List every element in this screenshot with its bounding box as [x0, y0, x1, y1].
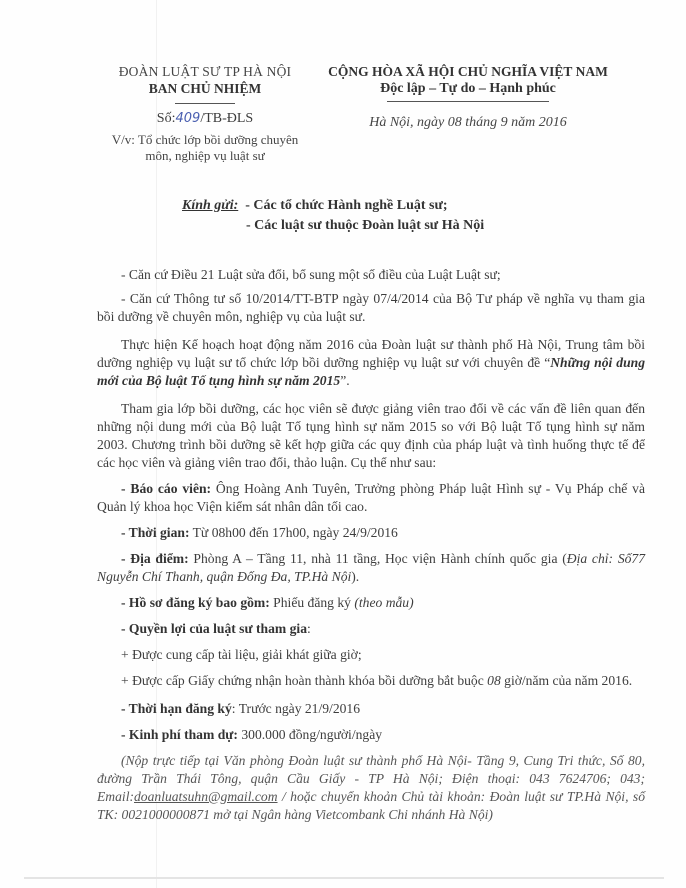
email-link[interactable]: doanluatsuhn@gmail.com: [134, 789, 278, 804]
deadline-value: : Trước ngày 21/9/2016: [232, 701, 360, 716]
benefit-2-end: giờ/năm của năm 2016.: [501, 673, 632, 688]
subject-line-2: môn, nghiệp vụ luật sư: [100, 148, 310, 164]
benefits-label: - Quyền lợi của luật sư tham gia: [121, 621, 307, 636]
header-divider: [175, 103, 235, 104]
fee-item: - Kinh phí tham dự: 300.000 đồng/người/n…: [97, 726, 645, 744]
basis-1: - Căn cứ Điều 21 Luật sửa đổi, bổ sung m…: [97, 266, 645, 284]
recipient-item: - Các tổ chức Hành nghề Luật sư;: [245, 198, 447, 213]
document-number: Số:409/TB-ĐLS: [100, 110, 310, 127]
motto-divider: [387, 101, 549, 102]
venue-value: Phòng A – Tầng 11, nhà 11 tầng, Học viện…: [189, 551, 567, 566]
deadline-item: - Thời hạn đăng ký: Trước ngày 21/9/2016: [97, 700, 645, 718]
number-prefix: Số:: [157, 111, 176, 126]
handwritten-number: 409: [175, 111, 200, 126]
time-item: - Thời gian: Từ 08h00 đến 17h00, ngày 24…: [97, 524, 645, 542]
scan-bottom-edge: [24, 877, 664, 879]
document-page: ĐOÀN LUẬT SƯ TP HÀ NỘI BAN CHỦ NHIỆM Số:…: [0, 0, 686, 888]
venue-end: ).: [351, 569, 359, 584]
benefit-2-hours: 08: [487, 673, 501, 688]
participation-paragraph: Tham gia lớp bồi dưỡng, các học viên sẽ …: [97, 400, 645, 472]
dossier-note: (theo mẫu): [354, 595, 413, 610]
fee-label: - Kinh phí tham dự:: [121, 727, 238, 742]
national-motto: Độc lập – Tự do – Hạnh phúc: [318, 80, 618, 97]
benefits-colon: :: [307, 621, 311, 636]
place-date: Hà Nội, ngày 08 tháng 9 năm 2016: [318, 115, 618, 131]
nation-title: CỘNG HÒA XÃ HỘI CHỦ NGHĨA VIỆT NAM: [318, 63, 618, 80]
national-header: CỘNG HÒA XÃ HỘI CHỦ NGHĨA VIỆT NAM Độc l…: [318, 63, 618, 131]
recipient-line-2: - Các luật sư thuộc Đoàn luật sư Hà Nội: [182, 216, 484, 236]
subject: V/v: Tổ chức lớp bồi dưỡng chuyên môn, n…: [100, 132, 310, 164]
time-value: Từ 08h00 đến 17h00, ngày 24/9/2016: [189, 525, 397, 540]
number-suffix: /TB-ĐLS: [200, 111, 253, 126]
basis-2: - Căn cứ Thông tư số 10/2014/TT-BTP ngày…: [97, 290, 645, 326]
fee-value: 300.000 đồng/người/ngày: [238, 727, 382, 742]
venue-item: - Địa điểm: Phòng A – Tầng 11, nhà 11 tầ…: [97, 550, 645, 586]
intro-paragraph: Thực hiện Kế hoạch hoạt động năm 2016 củ…: [97, 336, 645, 390]
recipient-item: - Các luật sư thuộc Đoàn luật sư Hà Nội: [246, 218, 484, 233]
benefits-heading: - Quyền lợi của luật sư tham gia:: [97, 620, 645, 638]
recipients-label: Kính gửi:: [182, 198, 238, 213]
benefit-item-1: + Được cung cấp tài liệu, giải khát giữa…: [97, 646, 645, 664]
board-name: BAN CHỦ NHIỆM: [100, 80, 310, 97]
intro-end: ”.: [340, 373, 349, 388]
organization-name: ĐOÀN LUẬT SƯ TP HÀ NỘI: [100, 63, 310, 80]
benefit-item-2: + Được cấp Giấy chứng nhận hoàn thành kh…: [97, 672, 645, 690]
speaker-item: - Báo cáo viên: Ông Hoàng Anh Tuyên, Trư…: [97, 480, 645, 516]
time-label: - Thời gian:: [121, 525, 189, 540]
issuer-header: ĐOÀN LUẬT SƯ TP HÀ NỘI BAN CHỦ NHIỆM Số:…: [100, 63, 310, 164]
benefit-2-text: + Được cấp Giấy chứng nhận hoàn thành kh…: [121, 673, 487, 688]
subject-line-1: V/v: Tổ chức lớp bồi dưỡng chuyên: [100, 132, 310, 148]
speaker-label: - Báo cáo viên:: [121, 481, 211, 496]
recipients-block: Kính gửi: - Các tổ chức Hành nghề Luật s…: [182, 196, 484, 236]
dossier-value: Phiếu đăng ký: [270, 595, 355, 610]
dossier-item: - Hồ sơ đăng ký bao gồm: Phiếu đăng ký (…: [97, 594, 645, 612]
payment-note: (Nộp trực tiếp tại Văn phòng Đoàn luật s…: [97, 752, 645, 824]
dossier-label: - Hồ sơ đăng ký bao gồm:: [121, 595, 270, 610]
document-body: - Căn cứ Điều 21 Luật sửa đổi, bổ sung m…: [97, 266, 645, 824]
deadline-label: - Thời hạn đăng ký: [121, 701, 232, 716]
venue-label: - Địa điểm:: [121, 551, 189, 566]
recipient-line-1: Kính gửi: - Các tổ chức Hành nghề Luật s…: [182, 196, 484, 216]
